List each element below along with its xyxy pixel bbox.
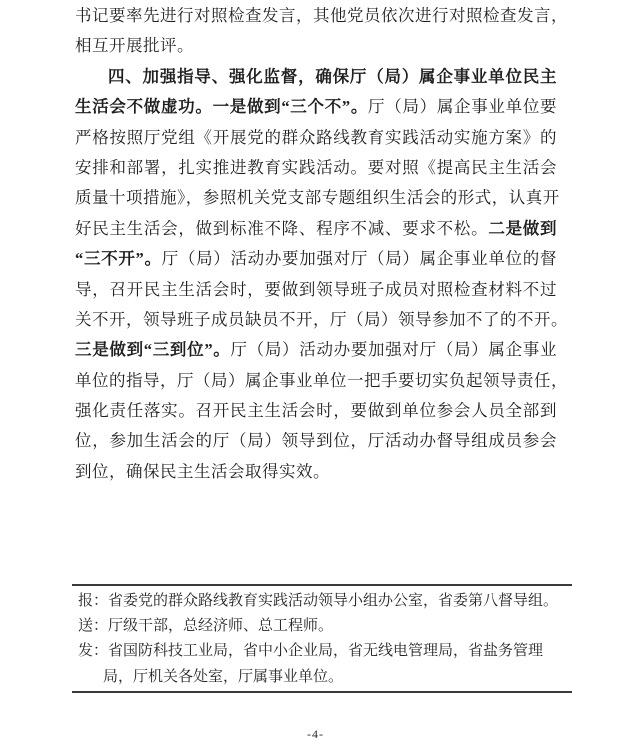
distribution-text: 厅级干部，总经济师、总工程师。 [108,614,572,639]
body-line: 单位的指导，厅（局）属企事业单位一把手要切实负起领导责任， [75,366,557,396]
distribution-row-report: 报： 省委党的群众路线教育实践活动领导小组办公室，省委第八督导组。 [78,589,572,614]
body-line: 生活会不做虚功。一是做到“三个不”。厅（局）属企事业单位要 [75,92,557,122]
body-line: 相互开展批评。 [75,31,557,61]
document-body: 书记要率先进行对照检查发言，其他党员依次进行对照检查发言， 相互开展批评。 四、… [75,1,557,487]
body-text: 位，参加生活会的厅（局）领导到位，厅活动办督导组成员参会 [75,431,557,450]
distribution-text: 局，厅机关各处室，厅属事业单位。 [103,665,572,690]
body-line: 好民主生活会，做到标准不降、程序不减、要求不松。二是做到 [75,214,557,244]
emphasis-text: 三是做到“三到位”。 [75,340,230,359]
body-line: “三不开”。厅（局）活动办要加强对厅（局）属企事业单位的督 [75,244,557,274]
distribution-label [78,665,103,690]
body-text: 厅（局）活动办要加强对厅（局）属企事业单位的督 [162,249,557,268]
emphasis-text: “三不开”。 [75,249,162,268]
emphasis-text: 生活会不做虚功。一是做到“三个不”。 [75,97,368,116]
body-text: 单位的指导，厅（局）属企事业单位一把手要切实负起领导责任， [75,371,568,390]
body-text: 好民主生活会，做到标准不降、程序不减、要求不松。 [75,219,488,238]
distribution-text: 省委党的群众路线教育实践活动领导小组办公室，省委第八督导组。 [108,589,572,614]
body-text: 严格按照厅党组《开展党的群众路线教育实践活动实施方案》的 [75,128,557,147]
body-line: 位，参加生活会的厅（局）领导到位，厅活动办督导组成员参会 [75,426,557,456]
body-line: 安排和部署，扎实推进教育实践活动。要对照《提高民主生活会 [75,153,557,183]
distribution-block: 报： 省委党的群众路线教育实践活动领导小组办公室，省委第八督导组。 送： 厅级干… [78,589,572,690]
body-line: 三是做到“三到位”。厅（局）活动办要加强对厅（局）属企事业 [75,335,557,365]
body-text: 关不开，领导班子成员缺员不开，厅（局）领导参加不了的不开。 [75,310,568,329]
body-text: 质量十项措施》，参照机关党支部专题组织生活会的形式，认真开 [75,188,560,207]
distribution-label: 发： [78,639,108,664]
distribution-label: 送： [78,614,108,639]
body-text: 相互开展批评。 [75,36,194,55]
distribution-divider-bottom [72,691,572,693]
body-text: 安排和部署，扎实推进教育实践活动。要对照《提高民主生活会 [75,158,557,177]
distribution-divider-top [72,584,572,586]
body-text: 强化责任落实。召开民主生活会时，要做到单位参会人员全部到 [75,401,557,420]
body-text: 导，召开民主生活会时，要做到领导班子成员对照检查材料不过 [75,280,557,299]
body-line: 质量十项措施》，参照机关党支部专题组织生活会的形式，认真开 [75,183,557,213]
body-text: 书记要率先进行对照检查发言，其他党员依次进行对照检查发言， [75,6,568,25]
body-line: 严格按照厅党组《开展党的群众路线教育实践活动实施方案》的 [75,123,557,153]
body-text: 到位，确保民主生活会取得实效。 [75,462,330,481]
distribution-label: 报： [78,589,108,614]
body-line: 关不开，领导班子成员缺员不开，厅（局）领导参加不了的不开。 [75,305,557,335]
emphasis-text: 二是做到 [488,219,557,238]
body-line-section-heading: 四、加强指导、强化监督，确保厅（局）属企事业单位民主 [75,62,557,92]
section-heading-text: 四、加强指导、强化监督，确保厅（局）属企事业单位民主 [108,67,557,86]
document-page: 书记要率先进行对照检查发言，其他党员依次进行对照检查发言， 相互开展批评。 四、… [0,0,631,747]
body-line: 书记要率先进行对照检查发言，其他党员依次进行对照检查发言， [75,1,557,31]
page-number: -4- [0,727,631,742]
distribution-row-issue: 发： 省国防科技工业局，省中小企业局，省无线电管理局，省盐务管理 [78,639,572,664]
body-line: 导，召开民主生活会时，要做到领导班子成员对照检查材料不过 [75,275,557,305]
body-line: 到位，确保民主生活会取得实效。 [75,457,557,487]
body-text: 厅（局）活动办要加强对厅（局）属企事业 [230,340,557,359]
body-line: 强化责任落实。召开民主生活会时，要做到单位参会人员全部到 [75,396,557,426]
distribution-row-issue-continued: 局，厅机关各处室，厅属事业单位。 [78,665,572,690]
distribution-row-send: 送： 厅级干部，总经济师、总工程师。 [78,614,572,639]
distribution-text: 省国防科技工业局，省中小企业局，省无线电管理局，省盐务管理 [108,639,572,664]
body-text: 厅（局）属企事业单位要 [368,97,557,116]
